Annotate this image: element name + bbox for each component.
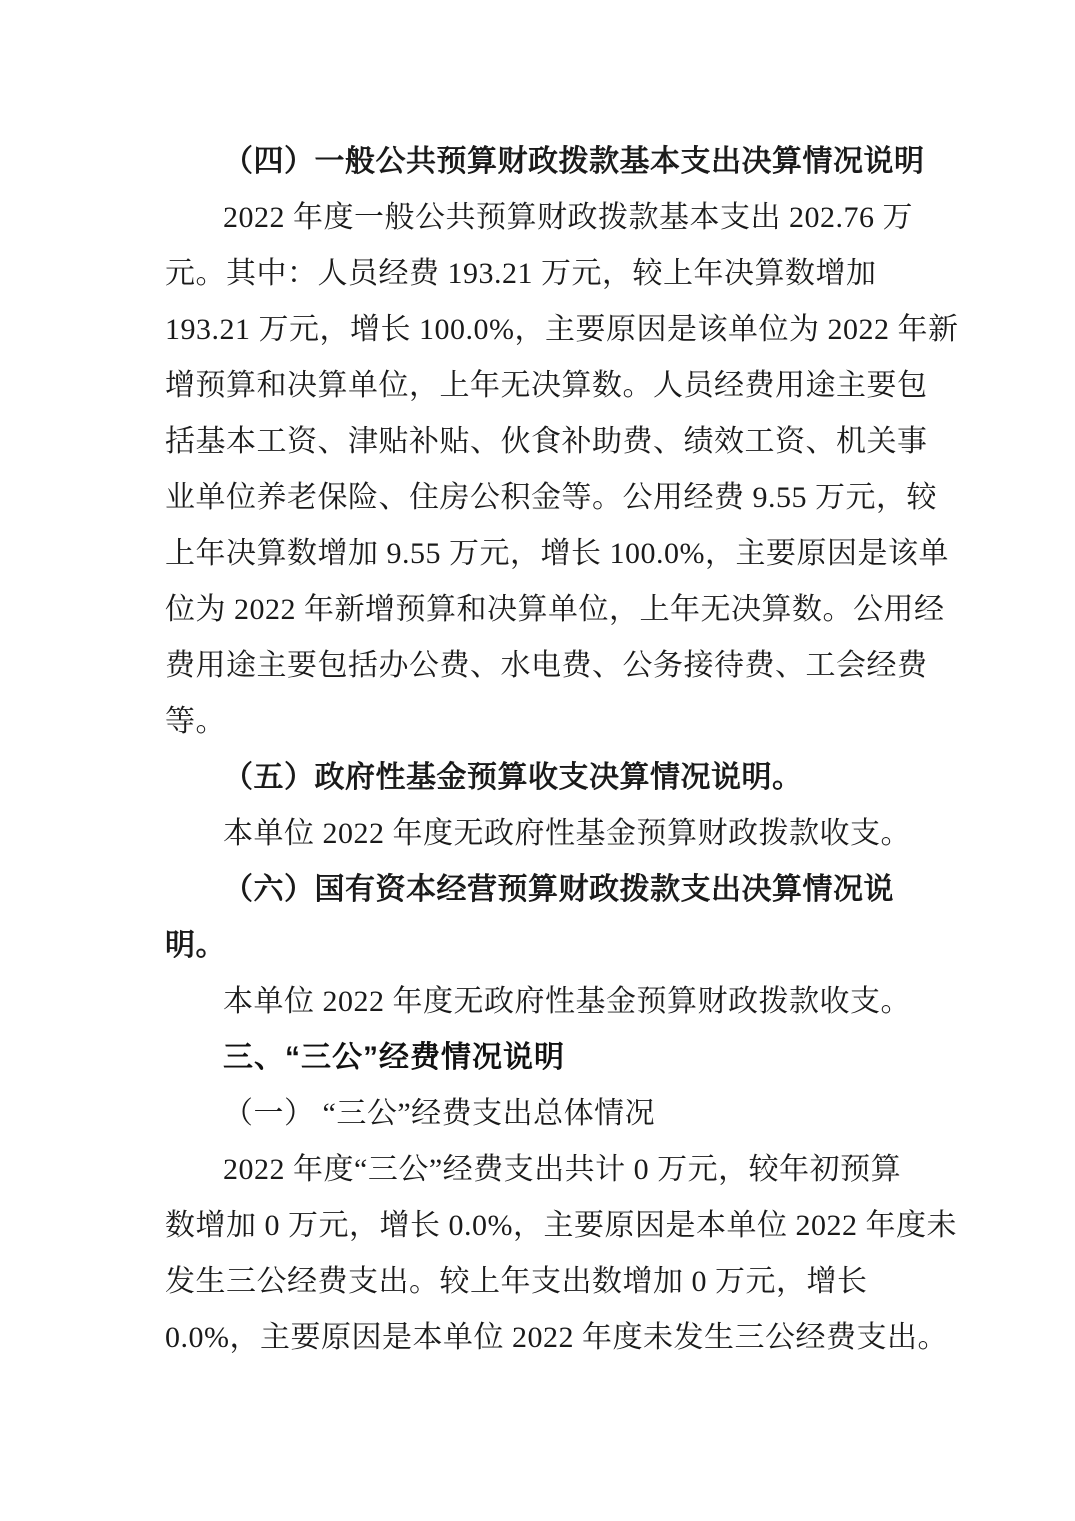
heading-section-five: （五）政府性基金预算收支决算情况说明。 [165,750,910,806]
para-basic-expenditure-line-6: 业单位养老保险、住房公积金等。公用经费 9.55 万元，较 [165,470,910,526]
document-page: （四）一般公共预算财政拨款基本支出决算情况说明 2022 年度一般公共预算财政拨… [0,0,1075,1521]
para-state-capital-statement: 本单位 2022 年度无政府性基金预算财政拨款收支。 [165,974,910,1030]
para-gov-fund-statement: 本单位 2022 年度无政府性基金预算财政拨款收支。 [165,806,910,862]
para-sangong-line-1: 2022 年度“三公”经费支出共计 0 万元，较年初预算 [165,1142,910,1198]
para-basic-expenditure-line-5: 括基本工资、津贴补贴、伙食补助费、绩效工资、机关事 [165,414,910,470]
chapter-heading-three: 三、“三公”经费情况说明 [165,1030,910,1086]
para-basic-expenditure-line-4: 增预算和决算单位，上年无决算数。人员经费用途主要包 [165,358,910,414]
para-sangong-line-4: 0.0%，主要原因是本单位 2022 年度未发生三公经费支出。 [165,1310,910,1366]
sub-heading-sangong-overview: （一） “三公”经费支出总体情况 [165,1086,910,1142]
para-basic-expenditure-line-1: 2022 年度一般公共预算财政拨款基本支出 202.76 万 [165,190,910,246]
para-basic-expenditure-line-3: 193.21 万元，增长 100.0%，主要原因是该单位为 2022 年新 [165,302,910,358]
para-basic-expenditure-line-7: 上年决算数增加 9.55 万元，增长 100.0%，主要原因是该单 [165,526,910,582]
heading-section-four: （四）一般公共预算财政拨款基本支出决算情况说明 [165,134,910,190]
para-basic-expenditure-line-8: 位为 2022 年新增预算和决算单位，上年无决算数。公用经 [165,582,910,638]
heading-section-six-line-2: 明。 [165,918,910,974]
document-text-block: （四）一般公共预算财政拨款基本支出决算情况说明 2022 年度一般公共预算财政拨… [165,134,910,1366]
heading-section-six-line-1: （六）国有资本经营预算财政拨款支出决算情况说 [165,862,910,918]
para-basic-expenditure-line-10: 等。 [165,694,910,750]
para-basic-expenditure-line-9: 费用途主要包括办公费、水电费、公务接待费、工会经费 [165,638,910,694]
para-sangong-line-3: 发生三公经费支出。较上年支出数增加 0 万元，增长 [165,1254,910,1310]
para-basic-expenditure-line-2: 元。其中：人员经费 193.21 万元，较上年决算数增加 [165,246,910,302]
para-sangong-line-2: 数增加 0 万元，增长 0.0%，主要原因是本单位 2022 年度未 [165,1198,910,1254]
